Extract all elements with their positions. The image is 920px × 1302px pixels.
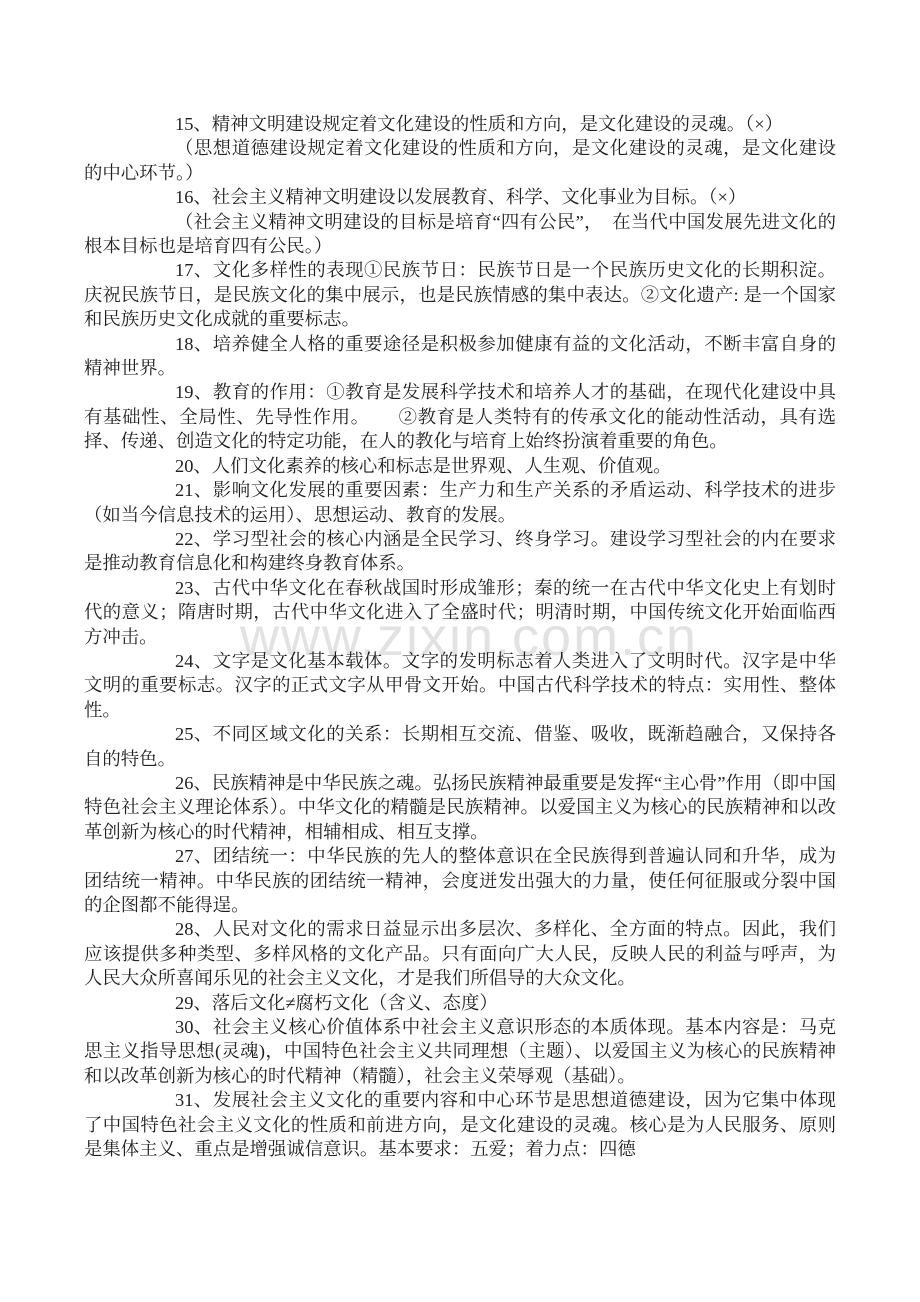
paragraph-15-note: （思想道德建设规定着文化建设的性质和方向，是文化建设的灵魂，是文化建设的中心环节…: [84, 136, 836, 185]
paragraph-15: 15、精神文明建设规定着文化建设的性质和方向，是文化建设的灵魂。（×）: [84, 112, 836, 136]
paragraph-20: 20、人们文化素养的核心和标志是世界观、人生观、价值观。: [84, 454, 836, 478]
paragraph-28: 28、人民对文化的需求日益显示出多层次、多样化、全方面的特点。因此，我们应该提供…: [84, 917, 836, 990]
document-page: www.zixin.com.cn 15、精神文明建设规定着文化建设的性质和方向，…: [0, 0, 920, 1302]
paragraph-16-note: （社会主义精神文明建设的目标是培育“四有公民”， 在当代中国发展先进文化的根本目…: [84, 210, 836, 259]
paragraph-31: 31、发展社会主义文化的重要内容和中心环节是思想道德建设，因为它集中体现了中国特…: [84, 1088, 836, 1161]
paragraph-21: 21、影响文化发展的重要因素：生产力和生产关系的矛盾运动、科学技术的进步（如当今…: [84, 478, 836, 527]
paragraph-27: 27、团结统一：中华民族的先人的整体意识在全民族得到普遍认同和升华，成为团结统一…: [84, 844, 836, 917]
paragraph-26: 26、民族精神是中华民族之魂。弘扬民族精神最重要是发挥“主心骨”作用（即中国特色…: [84, 771, 836, 844]
paragraph-17: 17、文化多样性的表现①民族节日：民族节日是一个民族历史文化的长期积淀。庆祝民族…: [84, 258, 836, 331]
paragraph-24: 24、文字是文化基本载体。文字的发明标志着人类进入了文明时代。汉字是中华文明的重…: [84, 649, 836, 722]
paragraph-23: 23、古代中华文化在春秋战国时形成雏形；秦的统一在古代中华文化史上有划时代的意义…: [84, 576, 836, 649]
paragraph-25: 25、不同区域文化的关系：长期相互交流、借鉴、吸收，既渐趋融合，又保持各自的特色…: [84, 722, 836, 771]
paragraph-22: 22、学习型社会的核心内涵是全民学习、终身学习。建设学习型社会的内在要求是推动教…: [84, 527, 836, 576]
paragraph-19: 19、教育的作用：①教育是发展科学技术和培养人才的基础，在现代化建设中具有基础性…: [84, 380, 836, 453]
paragraph-29: 29、落后文化≠腐朽文化（含义、态度）: [84, 991, 836, 1015]
paragraph-30: 30、社会主义核心价值体系中社会主义意识形态的本质体现。基本内容是：马克思主义指…: [84, 1015, 836, 1088]
paragraph-18: 18、培养健全人格的重要途径是积极参加健康有益的文化活动，不断丰富自身的精神世界…: [84, 332, 836, 381]
document-body: 15、精神文明建设规定着文化建设的性质和方向，是文化建设的灵魂。（×）（思想道德…: [84, 112, 836, 1161]
paragraph-16: 16、社会主义精神文明建设以发展教育、科学、文化事业为目标。（×）: [84, 185, 836, 209]
